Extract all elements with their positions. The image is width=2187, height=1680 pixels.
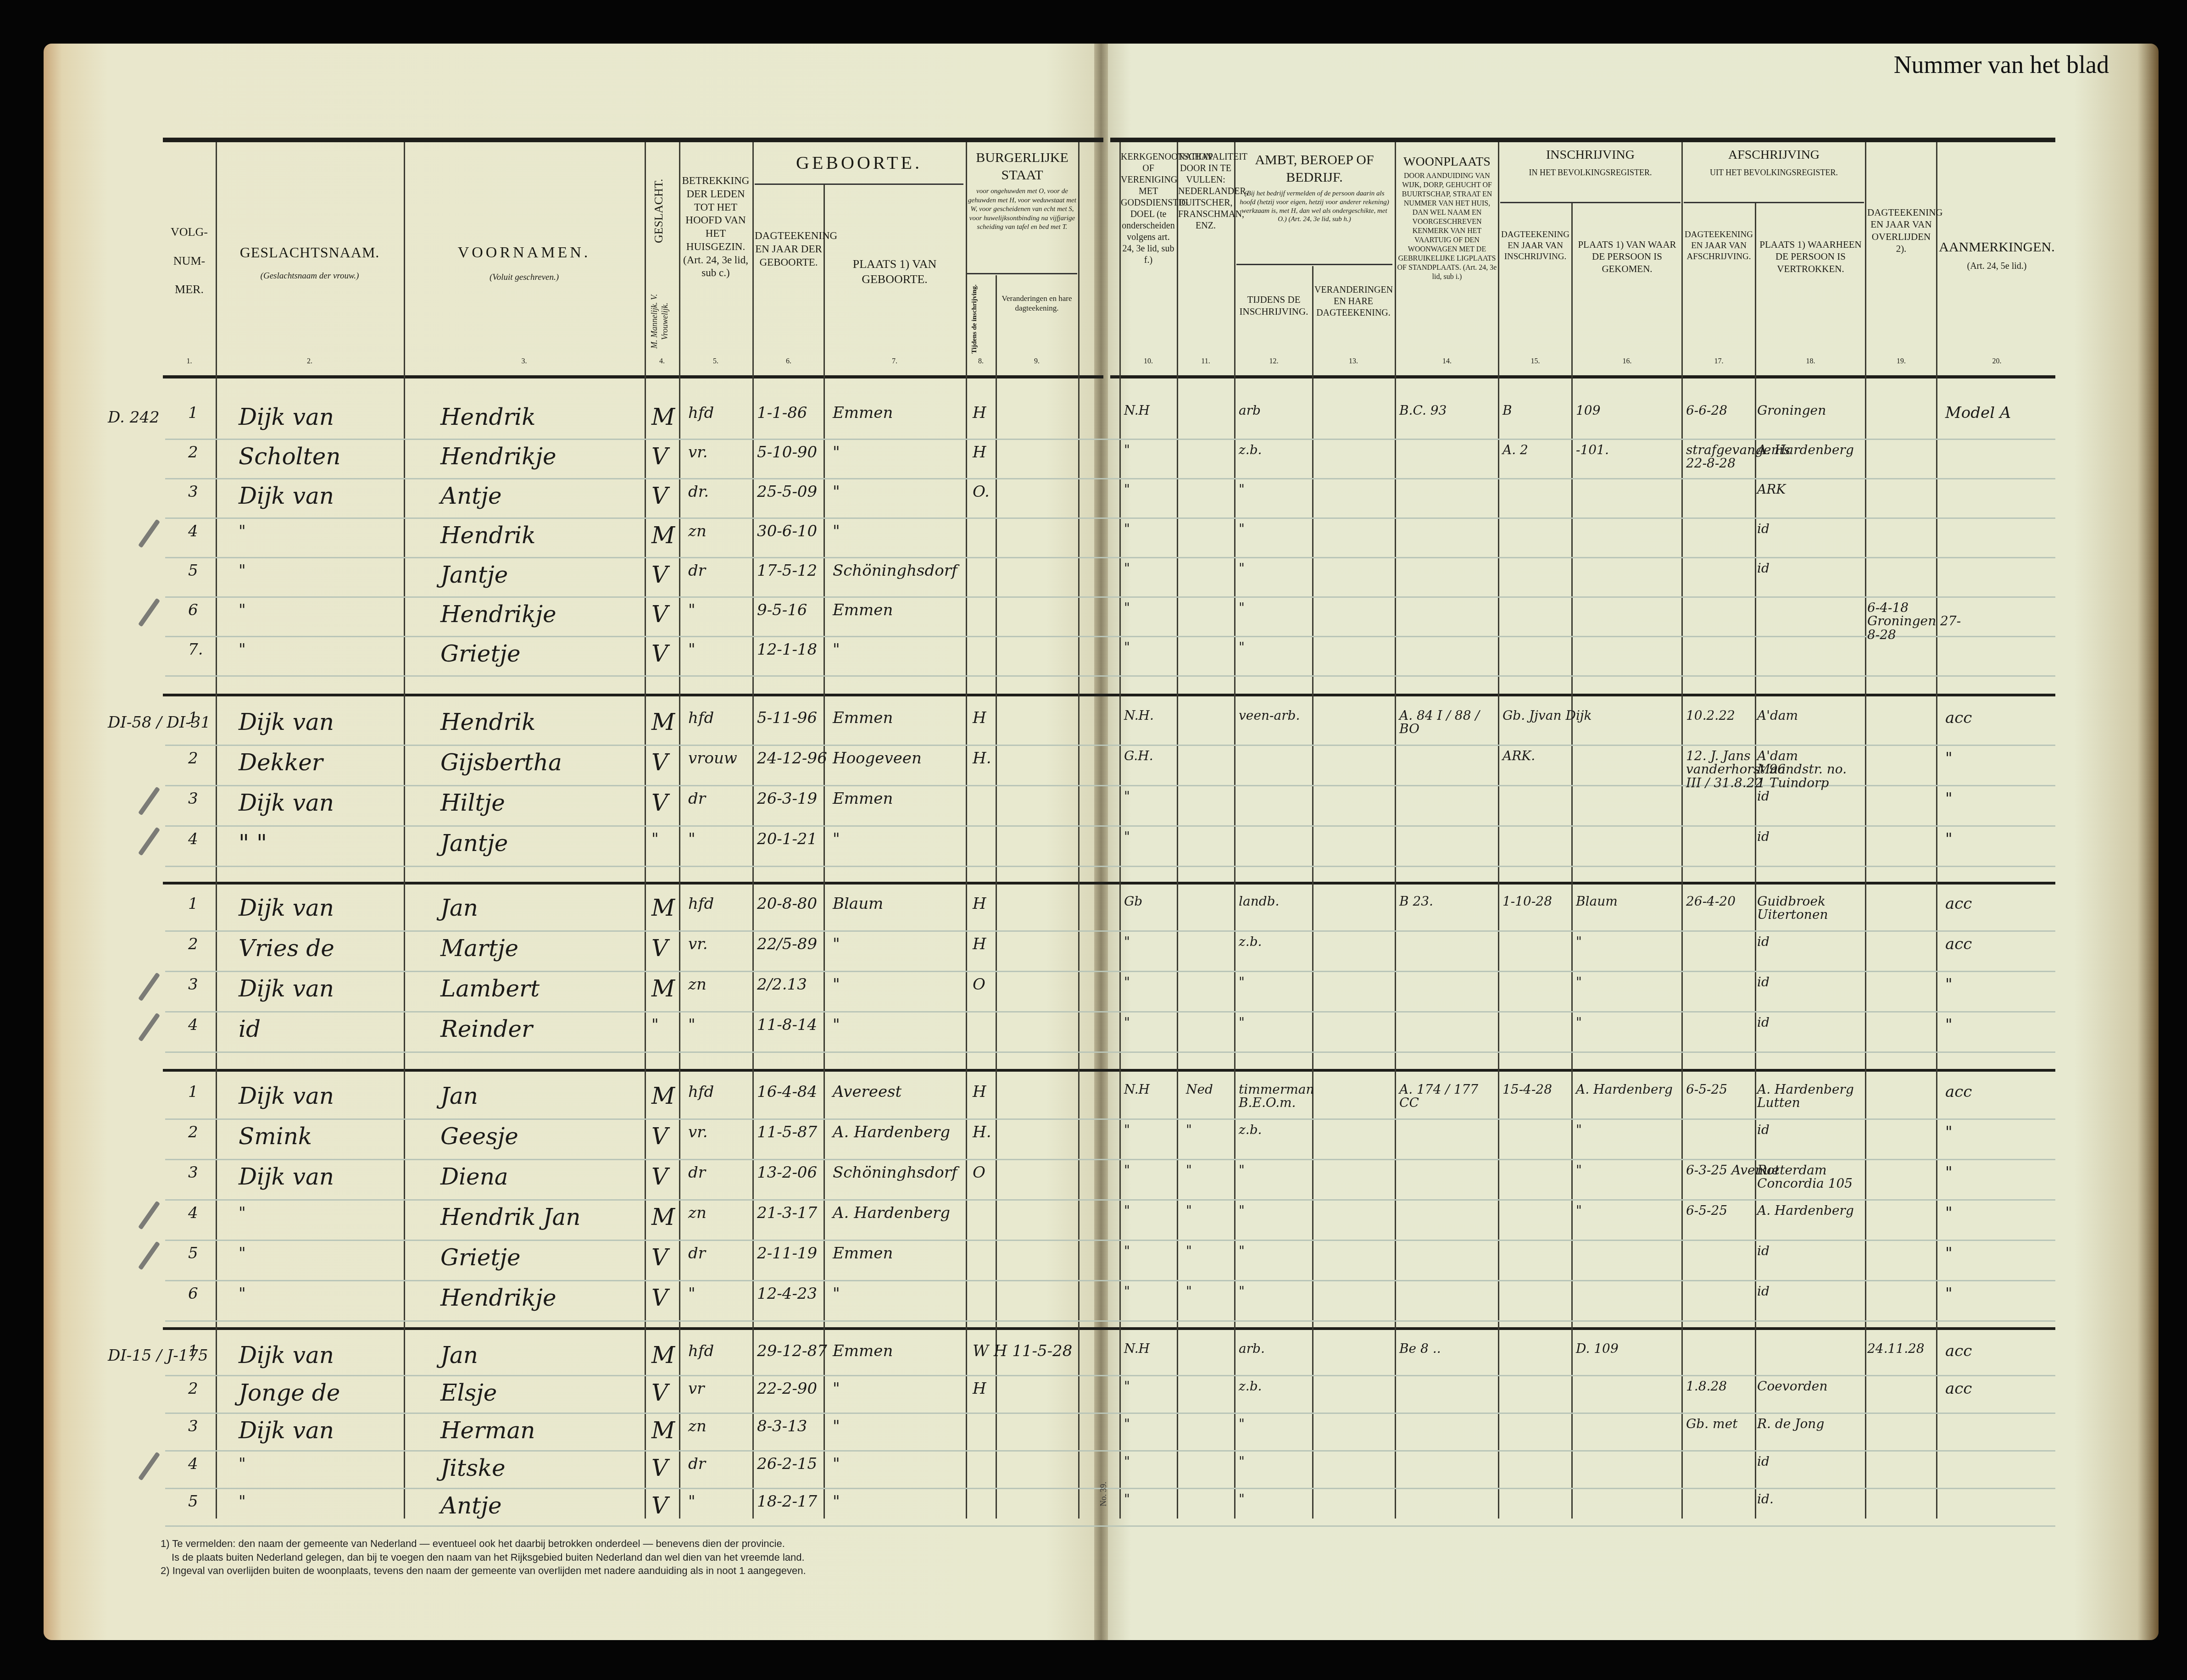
row-ruling	[165, 1011, 2055, 1012]
entry-birth-place: "	[833, 522, 840, 540]
entry-birth-place: Emmen	[833, 601, 893, 619]
entry-civil-status: W H 11-5-28	[973, 1342, 1072, 1360]
inschrijving-group-header: INSCHRIJVING IN HET BEVOLKINGSREGISTER.	[1500, 147, 1681, 178]
row-ruling	[165, 557, 2055, 558]
entry-sex: V	[651, 1244, 668, 1271]
entry-given-names: Jan	[440, 1342, 478, 1368]
entry-civil-status: H.	[973, 1123, 991, 1141]
entry-occupation: arb.	[1239, 1342, 1340, 1355]
entry-deregistration-destination: Groningen	[1757, 404, 1858, 417]
entry-occupation: z.b.	[1239, 1123, 1340, 1136]
entry-given-names: Geesje	[440, 1123, 518, 1150]
entry-sex: V	[651, 640, 668, 667]
entry-relation: "	[688, 1285, 696, 1303]
col-num: 20.	[1938, 357, 2055, 366]
entry-relation: "	[688, 830, 696, 848]
entry-registration-origin: 109	[1576, 404, 1677, 417]
entry-church: "	[1124, 640, 1225, 654]
entry-birth-place: Emmen	[833, 709, 893, 727]
entry-deregistration-destination: id	[1757, 790, 1858, 803]
entry-remarks: "	[1945, 1204, 1953, 1222]
col-num: 3.	[406, 357, 642, 366]
col-line	[1395, 142, 1396, 1519]
entry-sex: M	[651, 709, 675, 735]
entry-church: G.H.	[1124, 749, 1225, 762]
entry-relation: dr	[688, 1455, 706, 1473]
col-num: 15.	[1500, 357, 1570, 366]
entry-surname: Dijk van	[239, 790, 334, 816]
entry-sex: M	[651, 1204, 675, 1230]
burg-staat-group-header: BURGERLIJKE STAAT voor ongehuwden met O,…	[967, 149, 1077, 232]
entry-birth-date: 11-5-87	[757, 1123, 817, 1141]
entry-row-number: 1	[188, 895, 198, 913]
entry-row-number: 1	[188, 1083, 198, 1101]
entry-registration-date: Gb. Jjvan Dijk	[1503, 709, 1603, 722]
afschrijving-group-header: AFSCHRIJVING UIT HET BEVOLKINGSREGISTER.	[1684, 147, 1864, 178]
entry-relation: vrouw	[688, 749, 737, 768]
entry-deregistration-destination: A'dam Maandstr. no. 1 Tuindorp	[1757, 749, 1858, 790]
entry-relation: dr	[688, 562, 706, 580]
entry-deregistration-destination: id	[1757, 830, 1858, 843]
entry-civil-status: H	[973, 1380, 986, 1398]
entry-deregistration-destination: A. Hardenberg	[1757, 443, 1858, 456]
entry-relation: vr.	[688, 1123, 708, 1141]
entry-sex: V	[651, 790, 668, 816]
entry-civil-status: H	[973, 935, 986, 953]
col17-header: DAGTEEKENING EN JAAR VAN AFSCHRIJVING.	[1684, 229, 1754, 262]
entry-surname: Dijk van	[239, 895, 334, 921]
entry-given-names: Jantje	[440, 830, 508, 857]
entry-surname: "	[239, 522, 246, 540]
entry-given-names: Grietje	[440, 640, 521, 667]
entry-church: Gb	[1124, 895, 1225, 908]
entry-birth-date: 22-2-90	[757, 1380, 817, 1398]
entry-registration-origin: "	[1576, 1123, 1677, 1136]
entry-remarks: acc	[1945, 1083, 1972, 1101]
entry-birth-place: "	[833, 1016, 840, 1034]
entry-birth-date: 8-3-13	[757, 1417, 807, 1435]
entry-relation: zn	[688, 1204, 707, 1222]
household-separator	[163, 694, 2055, 696]
entry-given-names: Hendrik Jan	[440, 1204, 581, 1230]
col-num: 7.	[826, 357, 963, 366]
entry-birth-date: 22/5-89	[757, 935, 817, 953]
header-top-rule-right	[1110, 138, 2055, 142]
entry-sex: M	[651, 1417, 675, 1444]
col-line	[1119, 142, 1121, 1519]
entry-row-number: 3	[188, 1417, 198, 1435]
entry-birth-date: 5-11-96	[757, 709, 817, 727]
entry-surname: "	[239, 1204, 246, 1222]
entry-sex: M	[651, 404, 675, 430]
entry-relation: "	[688, 601, 696, 619]
entry-birth-date: 17-5-12	[757, 562, 817, 580]
footnotes: 1) Te vermelden: den naam der gemeente v…	[161, 1537, 806, 1578]
col4-sex-legend: M. Mannelijk. V. Vrouwelijk.	[649, 275, 670, 367]
header-bottom-rule-left	[163, 375, 1103, 378]
col-num: 13.	[1314, 357, 1392, 366]
entry-given-names: Hendrikje	[440, 601, 556, 628]
entry-given-names: Hendrikje	[440, 1285, 556, 1311]
entry-surname: Dijk van	[239, 1417, 334, 1444]
entry-relation: "	[688, 640, 696, 659]
entry-remarks: acc	[1945, 895, 1972, 913]
household-separator	[163, 1327, 2055, 1330]
entry-civil-status: H	[973, 1083, 986, 1101]
entry-remarks: "	[1945, 1163, 1953, 1182]
entry-relation: zn	[688, 975, 707, 994]
entry-row-number: 1	[188, 404, 198, 422]
col15-header: DAGTEEKENING EN JAAR VAN INSCHRIJVING.	[1500, 229, 1570, 262]
entry-occupation: timmerman B.E.O.m.	[1239, 1083, 1340, 1110]
entry-surname: "	[239, 601, 246, 619]
book-gutter	[1094, 44, 1108, 1640]
entry-birth-date: 30-6-10	[757, 522, 817, 540]
entry-relation: hfd	[688, 895, 714, 913]
entry-church: N.H	[1124, 404, 1225, 417]
row-ruling	[165, 1375, 2055, 1376]
entry-residence: A. 174 / 177 CC	[1399, 1083, 1500, 1110]
row-ruling	[165, 1240, 2055, 1241]
entry-relation: zn	[688, 522, 707, 540]
entry-civil-status: H	[973, 895, 986, 913]
entry-row-number: 1	[188, 709, 198, 727]
entry-deregistration-destination: id	[1757, 1123, 1858, 1136]
entry-residence: B 23.	[1399, 895, 1500, 908]
entry-birth-place: Blaum	[833, 895, 883, 913]
col8-header: Tijdens de inschrijving.	[970, 280, 979, 358]
entry-church: "	[1124, 1380, 1225, 1393]
row-ruling	[165, 971, 2055, 972]
entry-occupation: z.b.	[1239, 443, 1340, 456]
entry-church: "	[1124, 830, 1225, 843]
entry-sex: V	[651, 1455, 668, 1481]
entry-occupation: "	[1239, 522, 1340, 535]
entry-sex: V	[651, 443, 668, 470]
entry-row-number: 3	[188, 975, 198, 994]
row-ruling	[165, 675, 2055, 677]
col-line	[752, 142, 754, 1519]
entry-relation: vr.	[688, 935, 708, 953]
group-divider	[755, 184, 963, 185]
row-ruling	[165, 1450, 2055, 1452]
entry-sex: V	[651, 483, 668, 509]
col-num: 1.	[165, 357, 213, 366]
row-ruling	[165, 478, 2055, 479]
col-num: 11.	[1178, 357, 1233, 366]
col-line	[679, 142, 680, 1519]
entry-church: "	[1124, 790, 1225, 803]
sheet-number-label: Nummer van het blad	[1894, 50, 2109, 79]
entry-surname: Dijk van	[239, 1163, 334, 1190]
entry-row-number: 3	[188, 1163, 198, 1182]
col-num: 16.	[1574, 357, 1681, 366]
entry-deregistration-destination: A'dam	[1757, 709, 1858, 722]
entry-surname: Jonge de	[239, 1380, 340, 1406]
entry-birth-date: 26-2-15	[757, 1455, 817, 1473]
row-ruling	[165, 1525, 2055, 1527]
col5-header: BETREKKING DER LEDEN TOT HET HOOFD VAN H…	[681, 174, 750, 280]
col-line	[645, 142, 646, 1519]
entry-sex: M	[651, 522, 675, 549]
entry-row-number: 3	[188, 483, 198, 501]
entry-row-number: 2	[188, 935, 198, 953]
entry-surname: Dijk van	[239, 1342, 334, 1368]
entry-surname: Scholten	[239, 443, 340, 470]
entry-civil-status: H	[973, 404, 986, 422]
entry-birth-date: 5-10-90	[757, 443, 817, 462]
entry-birth-place: "	[833, 640, 840, 659]
entry-relation: "	[688, 1016, 696, 1034]
entry-birth-place: "	[833, 830, 840, 848]
entry-birth-date: 25-5-09	[757, 483, 817, 501]
entry-deregistration-destination: Rotterdam Concordia 105	[1757, 1163, 1858, 1190]
entry-given-names: Hendrik	[440, 709, 536, 735]
entry-registration-origin: "	[1576, 975, 1677, 989]
entry-relation: dr.	[688, 483, 709, 501]
entry-death-date: 6-4-18 Groningen 27-8-28	[1867, 601, 1968, 641]
col-num: 19.	[1867, 357, 1935, 366]
col11-header: NATIONALITEIT DOOR IN TE VULLEN: NEDERLA…	[1178, 151, 1233, 232]
entry-deregistration-destination: id	[1757, 562, 1858, 575]
entry-birth-place: "	[833, 483, 840, 501]
entry-birth-place: Emmen	[833, 790, 893, 808]
entry-given-names: Grietje	[440, 1244, 521, 1271]
entry-residence: Be 8 ..	[1399, 1342, 1500, 1355]
entry-church: "	[1124, 483, 1225, 496]
entry-church: "	[1124, 975, 1225, 989]
entry-given-names: Jan	[440, 895, 478, 921]
row-ruling	[165, 1320, 2055, 1322]
entry-row-number: 2	[188, 443, 198, 462]
entry-relation: hfd	[688, 404, 714, 422]
entry-given-names: Gijsbertha	[440, 749, 562, 776]
group-divider	[1236, 264, 1392, 265]
group-divider	[1500, 202, 1681, 203]
col-num: 6.	[755, 357, 823, 366]
entry-church: N.H.	[1124, 709, 1225, 722]
col1-header: VOLG-NUM-MER.	[165, 225, 213, 297]
entry-sex: V	[651, 562, 668, 588]
entry-church: N.H	[1124, 1342, 1225, 1355]
row-ruling	[165, 825, 2055, 827]
entry-church: "	[1124, 1455, 1225, 1468]
entry-occupation: "	[1239, 562, 1340, 575]
entry-birth-date: 29-12-87	[757, 1342, 827, 1360]
entry-relation: dr	[688, 790, 706, 808]
entry-occupation: "	[1239, 1204, 1340, 1217]
entry-row-number: 6	[188, 601, 198, 619]
household-margin-ref: D. 242	[108, 408, 160, 427]
entry-birth-date: 2-11-19	[757, 1244, 817, 1263]
entry-deregistration-destination: id	[1757, 1285, 1858, 1298]
entry-registration-origin: "	[1576, 1204, 1677, 1217]
entry-residence: B.C. 93	[1399, 404, 1500, 417]
entry-relation: vr	[688, 1380, 704, 1398]
entry-surname: "	[239, 562, 246, 580]
entry-deregistration-destination: Guidbroek Uitertonen	[1757, 895, 1858, 922]
entry-registration-date: ARK.	[1503, 749, 1603, 762]
entry-birth-place: A. Hardenberg	[833, 1123, 950, 1141]
entry-birth-date: 20-8-80	[757, 895, 817, 913]
entry-deregistration-destination: id	[1757, 1455, 1858, 1468]
entry-relation: zn	[688, 1417, 707, 1435]
col-num: 18.	[1757, 357, 1864, 366]
entry-row-number: 4	[188, 1204, 198, 1222]
row-ruling	[165, 1280, 2055, 1281]
entry-occupation: "	[1239, 1492, 1340, 1506]
col-line	[1078, 142, 1080, 1519]
entry-civil-status: H	[973, 709, 986, 727]
entry-birth-place: Emmen	[833, 1342, 893, 1360]
entry-birth-place: "	[833, 1492, 840, 1511]
entry-registration-origin: D. 109	[1576, 1342, 1677, 1355]
entry-surname: Dijk van	[239, 975, 334, 1002]
entry-birth-place: Emmen	[833, 1244, 893, 1263]
entry-surname: id	[239, 1016, 261, 1042]
entry-birth-date: 1-1-86	[757, 404, 807, 422]
entry-deregistration-destination: ARK	[1757, 483, 1858, 496]
entry-birth-date: 21-3-17	[757, 1204, 817, 1222]
entry-row-number: 5	[188, 1492, 198, 1511]
col9-header: Veranderingen en hare dagteekening.	[998, 294, 1076, 313]
col-num: 5.	[681, 357, 750, 366]
entry-sex: M	[651, 895, 675, 921]
entry-registration-origin: Blaum	[1576, 895, 1677, 908]
entry-church: "	[1124, 1417, 1225, 1430]
row-ruling	[165, 596, 2055, 598]
entry-birth-place: Avereest	[833, 1083, 902, 1101]
row-ruling	[165, 1488, 2055, 1489]
col-num: 12.	[1236, 357, 1311, 366]
entry-deregistration-destination: id	[1757, 522, 1858, 535]
entry-church: "	[1124, 522, 1225, 535]
col-line	[216, 142, 217, 1519]
entry-sex: V	[651, 1492, 668, 1519]
entry-surname: Vries de	[239, 935, 334, 962]
entry-given-names: Martje	[440, 935, 518, 962]
col-line	[1865, 142, 1866, 1519]
entry-given-names: Lambert	[440, 975, 540, 1002]
entry-remarks: "	[1945, 749, 1953, 768]
entry-given-names: Reinder	[440, 1016, 533, 1042]
entry-surname: Dijk van	[239, 404, 334, 430]
entry-residence: A. 84 I / 88 / BO	[1399, 709, 1500, 736]
entry-church: "	[1124, 562, 1225, 575]
entry-remarks: Model A	[1945, 404, 2011, 422]
col16-header: PLAATS 1) VAN WAAR DE PERSOON IS GEKOMEN…	[1574, 239, 1681, 275]
col6-header: DAGTEEKENING EN JAAR DER GEBOORTE.	[755, 229, 823, 269]
entry-row-number: 2	[188, 749, 198, 768]
entry-occupation: "	[1239, 1417, 1340, 1430]
entry-occupation: "	[1239, 483, 1340, 496]
entry-sex: V	[651, 1163, 668, 1190]
entry-birth-place: "	[833, 1455, 840, 1473]
entry-deregistration-destination: id	[1757, 1016, 1858, 1029]
header-top-rule-left	[163, 138, 1103, 142]
entry-given-names: Jan	[440, 1083, 478, 1109]
col12-header: TIJDENS DE INSCHRIJVING.	[1236, 294, 1311, 318]
entry-given-names: Hendrik	[440, 522, 536, 549]
entry-birth-date: 16-4-84	[757, 1083, 817, 1101]
col-line	[966, 142, 967, 1519]
entry-row-number: 4	[188, 522, 198, 540]
entry-relation: dr	[688, 1163, 706, 1182]
entry-deregistration-destination: id	[1757, 1244, 1858, 1257]
entry-birth-date: 20-1-21	[757, 830, 817, 848]
entry-surname: " "	[239, 830, 267, 857]
entry-row-number: 2	[188, 1380, 198, 1398]
entry-given-names: Diena	[440, 1163, 508, 1190]
col3-header: VOORNAMEN. (Voluit geschreven.)	[406, 243, 642, 283]
entry-deregistration-destination: R. de Jong	[1757, 1417, 1858, 1430]
entry-given-names: Hendrikje	[440, 443, 556, 470]
row-ruling	[165, 745, 2055, 746]
entry-remarks: "	[1945, 1285, 1953, 1303]
entry-remarks: "	[1945, 830, 1953, 848]
entry-remarks: "	[1945, 790, 1953, 808]
row-ruling	[165, 439, 2055, 440]
entry-sex: "	[651, 830, 659, 848]
entry-row-number: 4	[188, 1016, 198, 1034]
entry-relation: hfd	[688, 1342, 714, 1360]
entry-given-names: Antje	[440, 483, 502, 509]
entry-occupation: "	[1239, 1163, 1340, 1177]
geboorte-group-header: GEBOORTE.	[755, 151, 963, 174]
entry-birth-date: 18-2-17	[757, 1492, 817, 1511]
entry-birth-place: "	[833, 935, 840, 953]
col-line	[404, 142, 405, 1519]
entry-deregistration-destination: Coevorden	[1757, 1380, 1858, 1393]
entry-row-number: 5	[188, 1244, 198, 1263]
entry-remarks: "	[1945, 1123, 1953, 1141]
entry-relation: hfd	[688, 709, 714, 727]
row-ruling	[165, 930, 2055, 932]
entry-remarks: "	[1945, 975, 1953, 994]
entry-occupation: "	[1239, 640, 1340, 654]
form-number: No. 39.	[1099, 1482, 1108, 1507]
col-line	[996, 275, 997, 1519]
col-num: 9.	[998, 357, 1076, 366]
entry-relation: dr	[688, 1244, 706, 1263]
entry-birth-date: 9-5-16	[757, 601, 807, 619]
entry-surname: Dekker	[239, 749, 323, 776]
entry-remarks: acc	[1945, 709, 1972, 727]
entry-sex: "	[651, 1016, 659, 1034]
entry-deregistration-destination: A. Hardenberg	[1757, 1204, 1858, 1217]
entry-given-names: Antje	[440, 1492, 502, 1519]
entry-remarks: acc	[1945, 1380, 1972, 1398]
col-num: 2.	[218, 357, 401, 366]
col2-header: GESLACHTSNAAM. (Geslachtsnaam der vrouw.…	[218, 243, 401, 282]
entry-sex: V	[651, 1285, 668, 1311]
entry-relation: "	[688, 1492, 696, 1511]
household-separator	[163, 882, 2055, 885]
entry-given-names: Elsje	[440, 1380, 497, 1406]
entry-deregistration-destination: id.	[1757, 1492, 1858, 1506]
entry-surname: "	[239, 640, 246, 659]
entry-occupation: landb.	[1239, 895, 1340, 908]
entry-surname: Dijk van	[239, 1083, 334, 1109]
entry-occupation: "	[1239, 1285, 1340, 1298]
col-num: 10.	[1121, 357, 1176, 366]
entry-relation: hfd	[688, 1083, 714, 1101]
entry-registration-origin: "	[1576, 1016, 1677, 1029]
ambt-group-header: AMBT, BEROEP OF BEDRIJF. (Bij het bedrij…	[1236, 151, 1392, 224]
col-num: 17.	[1684, 357, 1754, 366]
entry-row-number: 6	[188, 1285, 198, 1303]
entry-given-names: Hendrik	[440, 404, 536, 430]
